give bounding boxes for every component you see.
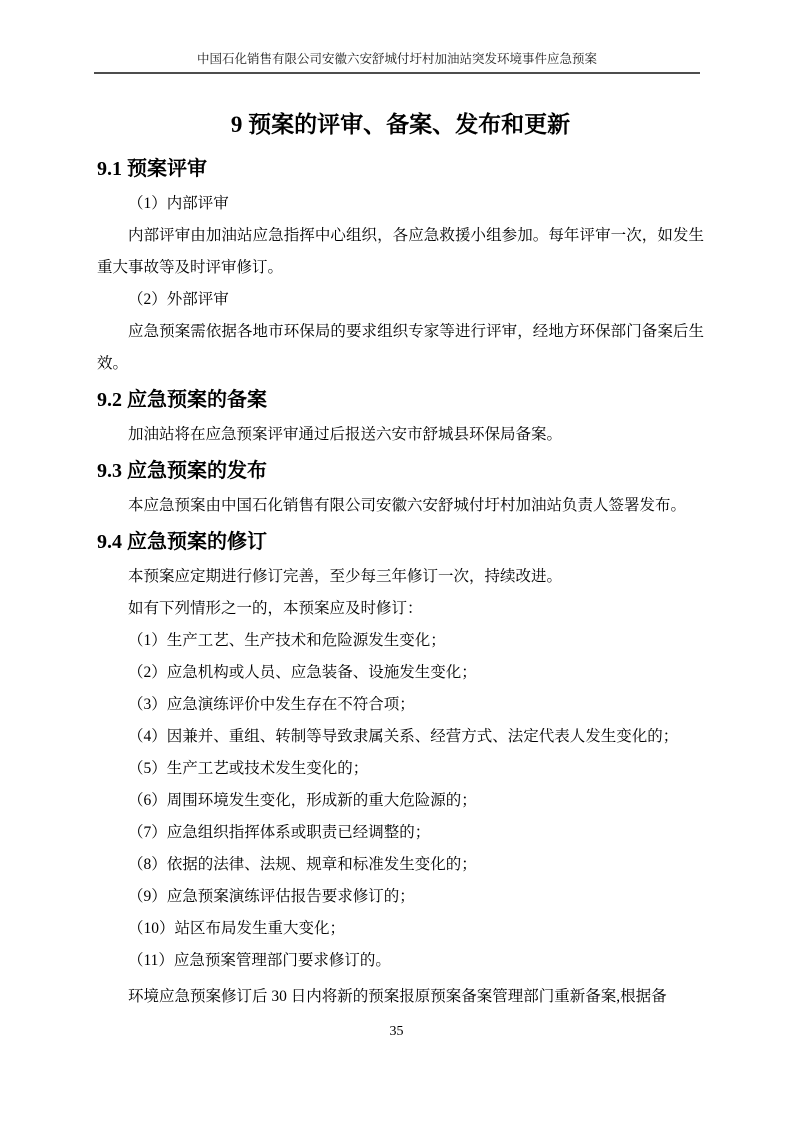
list-item-2: （2）应急机构或人员、应急装备、设施发生变化； bbox=[97, 657, 704, 689]
document-page: 中国石化销售有限公司安徽六安舒城付圩村加油站突发环境事件应急预案 9 预案的评审… bbox=[0, 0, 793, 1122]
list-item-6: （6）周围环境发生变化，形成新的重大危险源的； bbox=[97, 785, 704, 817]
header-document-title: 中国石化销售有限公司安徽六安舒城付圩村加油站突发环境事件应急预案 bbox=[197, 52, 597, 66]
section-9-1-heading: 9.1 预案评审 bbox=[97, 154, 704, 184]
list-item-9: （9）应急预案演练评估报告要求修订的； bbox=[97, 881, 704, 913]
paragraph-revision-conditions-lead: 如有下列情形之一的，本预案应及时修订： bbox=[97, 593, 704, 625]
paragraph-internal-review-label: （1）内部评审 bbox=[97, 188, 704, 220]
paragraph-refiling-text: 环境应急预案修订后 30 日内将新的预案报原预案备案管理部门重新备案,根据备 bbox=[97, 981, 704, 1013]
paragraph-revision-intro: 本预案应定期进行修订完善，至少每三年修订一次，持续改进。 bbox=[97, 561, 704, 593]
paragraph-external-review-label: （2）外部评审 bbox=[97, 284, 704, 316]
list-item-4: （4）因兼并、重组、转制等导致隶属关系、经营方式、法定代表人发生变化的； bbox=[97, 721, 704, 753]
document-content: 9 预案的评审、备案、发布和更新 9.1 预案评审 （1）内部评审 内部评审由加… bbox=[97, 102, 704, 1013]
page-header: 中国石化销售有限公司安徽六安舒城付圩村加油站突发环境事件应急预案 bbox=[94, 50, 700, 74]
paragraph-external-review-text: 应急预案需依据各地市环保局的要求组织专家等进行评审，经地方环保部门备案后生效。 bbox=[97, 316, 704, 380]
section-9-3-heading: 9.3 应急预案的发布 bbox=[97, 456, 704, 486]
paragraph-internal-review-text: 内部评审由加油站应急指挥中心组织，各应急救援小组参加。每年评审一次，如发生重大事… bbox=[97, 220, 704, 284]
section-9-4-heading: 9.4 应急预案的修订 bbox=[97, 527, 704, 557]
list-item-3: （3）应急演练评价中发生存在不符合项； bbox=[97, 689, 704, 721]
section-9-2-heading: 9.2 应急预案的备案 bbox=[97, 385, 704, 415]
list-item-10: （10）站区布局发生重大变化； bbox=[97, 913, 704, 945]
list-item-1: （1）生产工艺、生产技术和危险源发生变化； bbox=[97, 625, 704, 657]
chapter-title: 9 预案的评审、备案、发布和更新 bbox=[97, 108, 704, 142]
paragraph-filing-text: 加油站将在应急预案评审通过后报送六安市舒城县环保局备案。 bbox=[97, 419, 704, 451]
list-item-5: （5）生产工艺或技术发生变化的； bbox=[97, 753, 704, 785]
list-item-7: （7）应急组织指挥体系或职责已经调整的； bbox=[97, 817, 704, 849]
list-item-8: （8）依据的法律、法规、规章和标准发生变化的； bbox=[97, 849, 704, 881]
paragraph-release-text: 本应急预案由中国石化销售有限公司安徽六安舒城付圩村加油站负责人签署发布。 bbox=[97, 490, 704, 522]
page-number: 35 bbox=[390, 1024, 404, 1039]
list-item-11: （11）应急预案管理部门要求修订的。 bbox=[97, 945, 704, 977]
page-footer: 35 bbox=[0, 1022, 793, 1042]
